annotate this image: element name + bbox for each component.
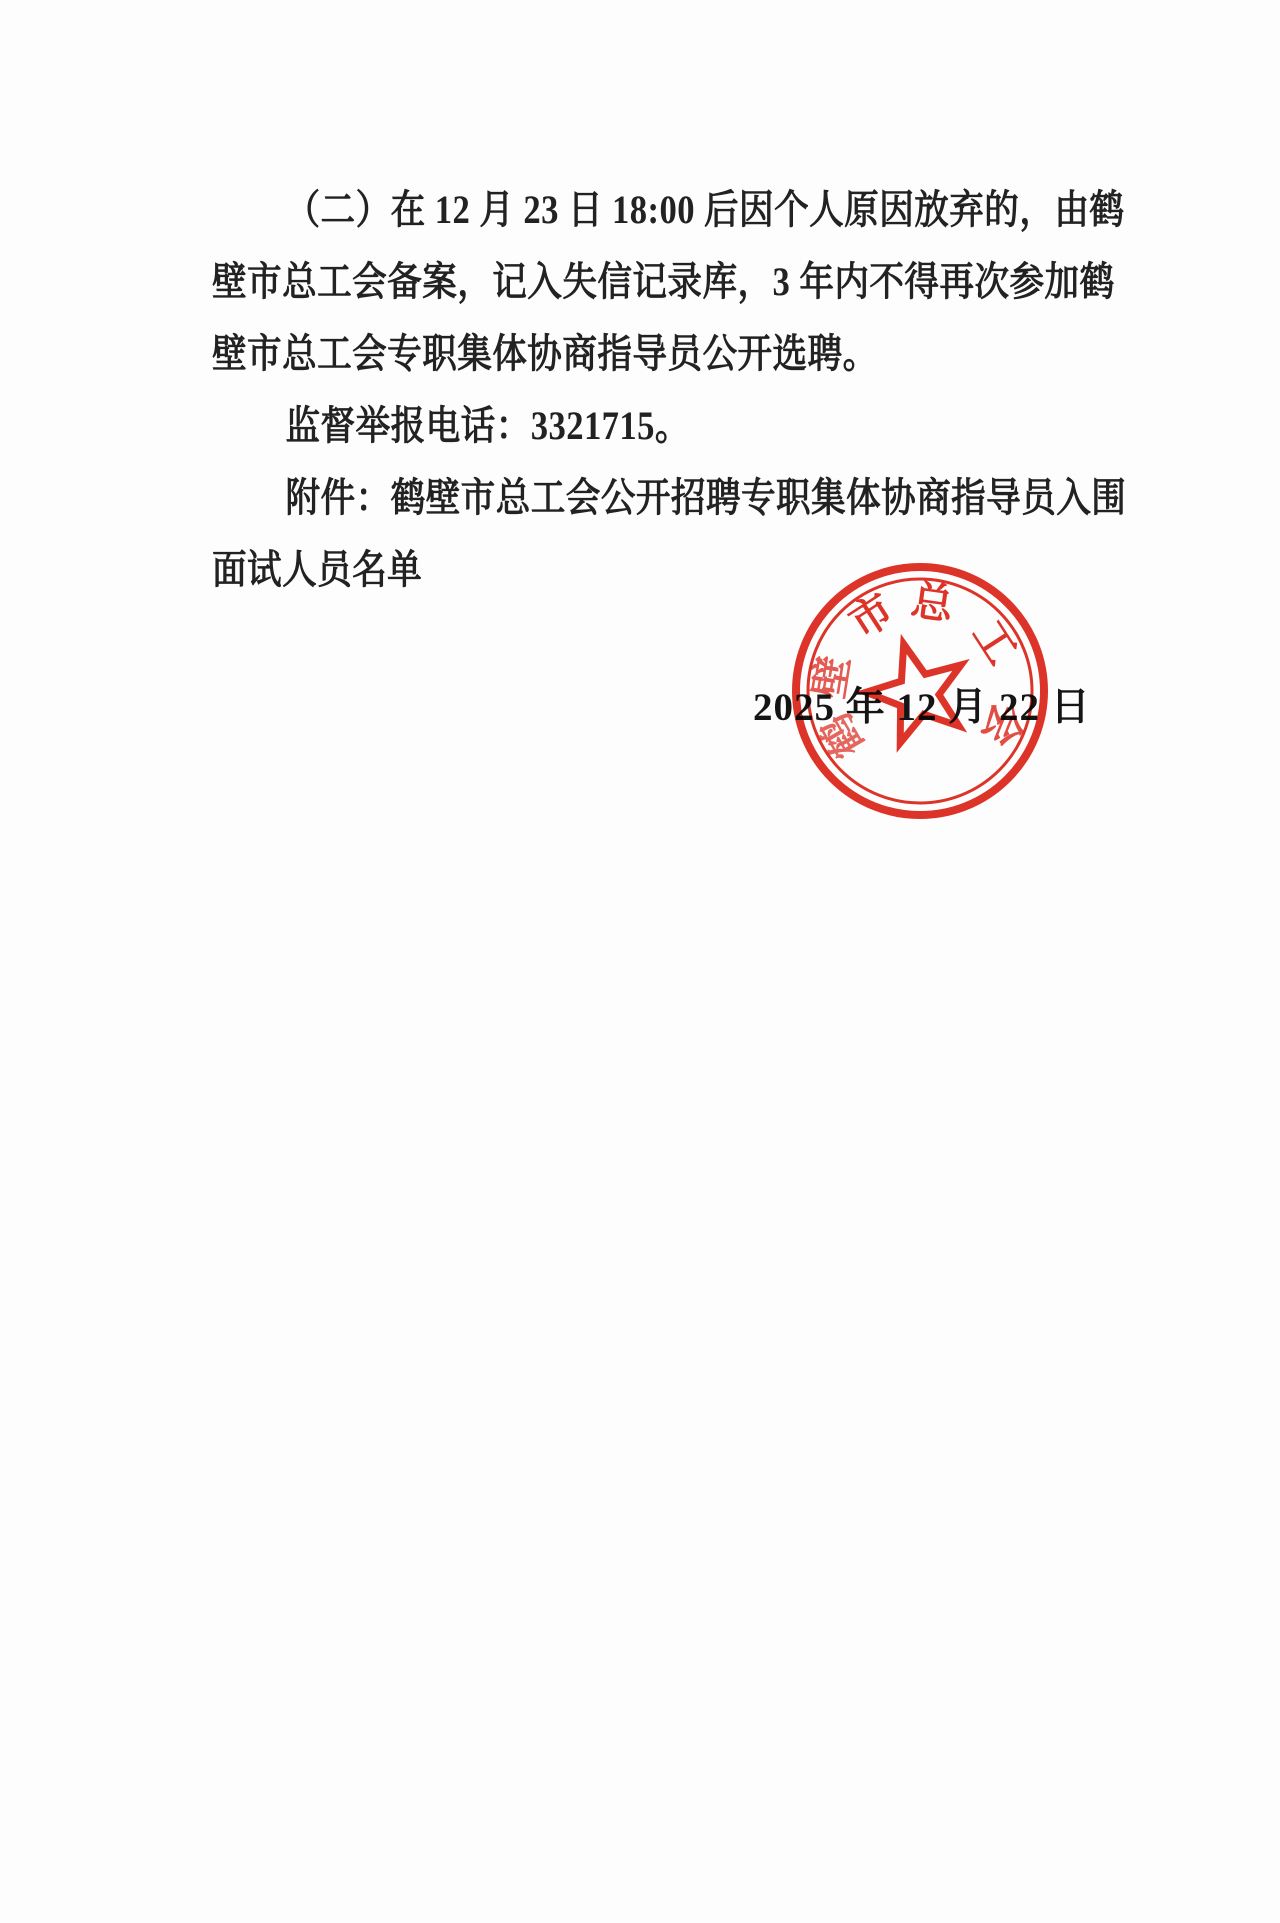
attachment-title-line-1: 附件：鹤壁市总工会公开招聘专职集体协商指导员入围	[212, 462, 1164, 534]
clause-2-line-3: 壁市总工会专职集体协商指导员公开选聘。	[212, 318, 1164, 390]
official-seal: 鹤 壁 市 总 工 会	[770, 541, 1070, 841]
seal-char-he: 鹤	[813, 705, 875, 765]
clause-2-line-1: （二）在 12 月 23 日 18:00 后因个人原因放弃的，由鹤	[212, 174, 1164, 246]
seal-char-hui: 会	[972, 696, 1031, 753]
seal-char-bi: 壁	[806, 653, 859, 702]
supervision-phone-line: 监督举报电话：3321715。	[212, 390, 1164, 462]
scanned-document-page: （二）在 12 月 23 日 18:00 后因个人原因放弃的，由鹤 壁市总工会备…	[0, 0, 1280, 1923]
star-icon	[860, 637, 971, 747]
clause-2-line-2: 壁市总工会备案，记入失信记录库，3 年内不得再次参加鹤	[212, 246, 1164, 318]
seal-char-shi: 市	[841, 586, 902, 648]
seal-char-gong: 工	[963, 613, 1024, 673]
seal-char-zong: 总	[908, 577, 957, 630]
